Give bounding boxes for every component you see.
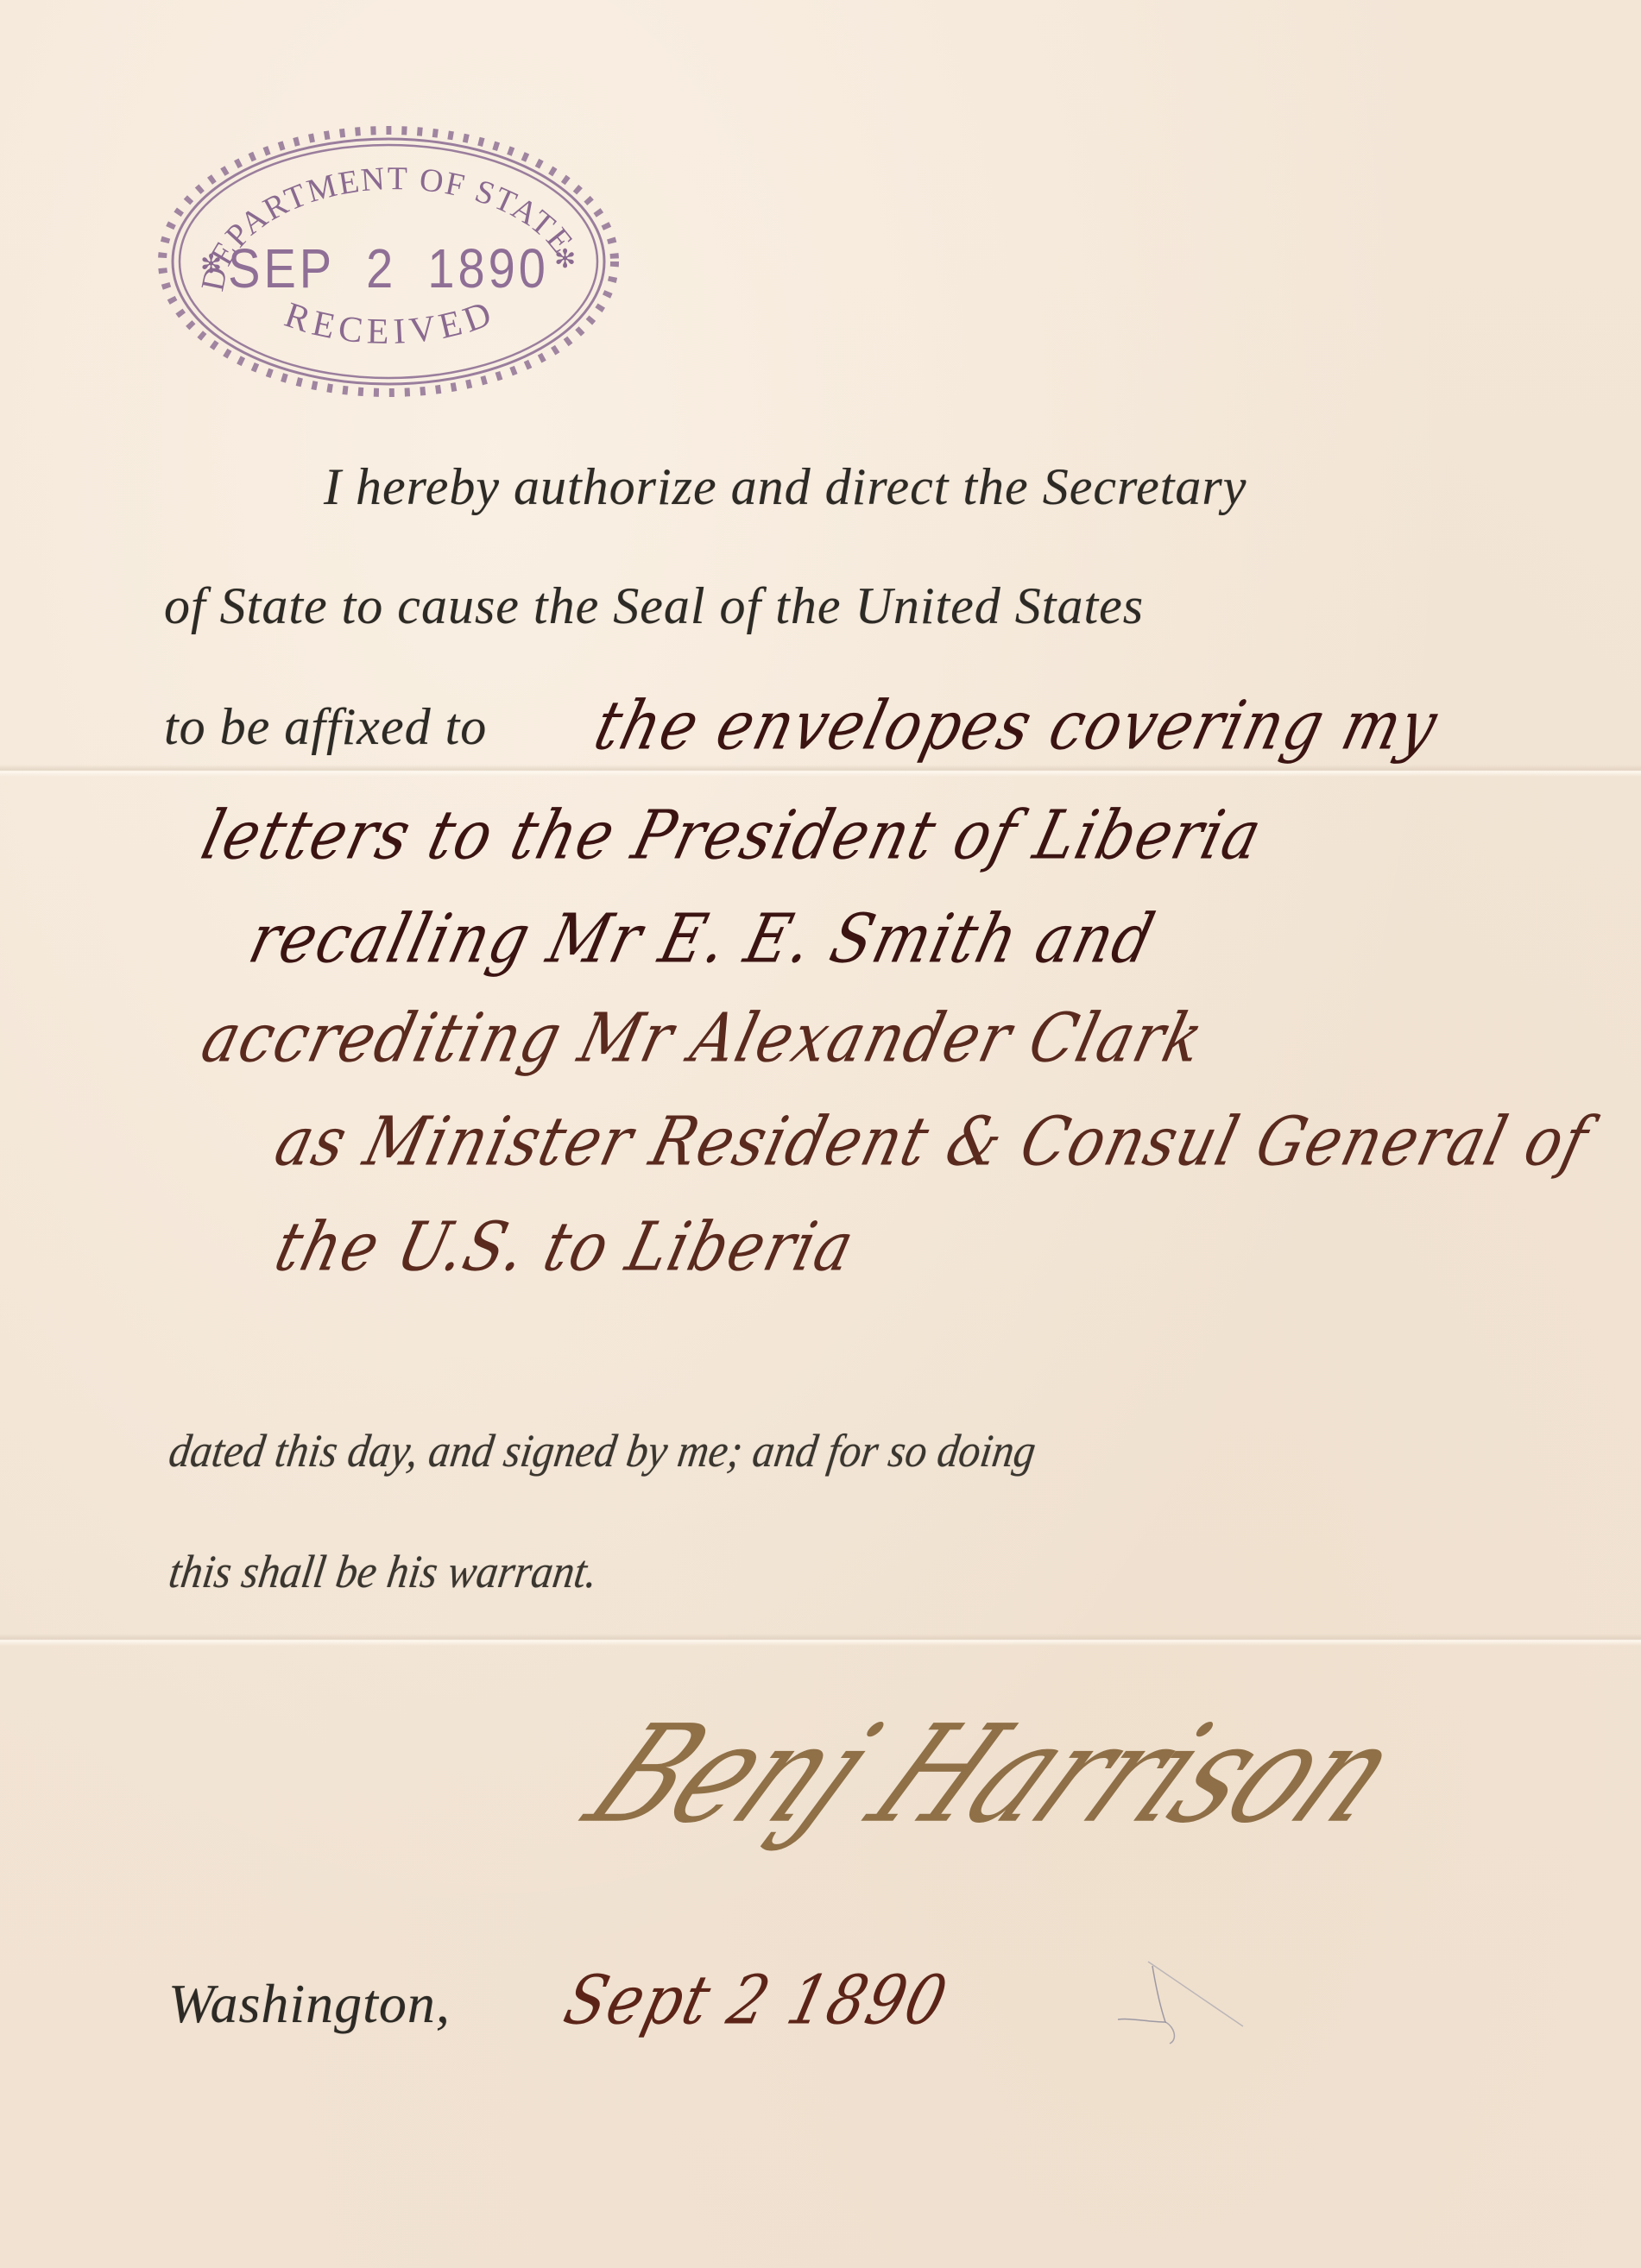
handwritten-line-4: accrediting Mr Alexander Clark (194, 999, 1212, 1078)
pencil-mark-icon (1114, 1957, 1252, 2052)
printed-line-2: of State to cause the Seal of the United… (164, 576, 1144, 636)
stamp-day: 2 (366, 236, 396, 300)
handwritten-line-3: recalling Mr E. E. Smith and (242, 900, 1163, 979)
printed-line-1: I hereby authorize and direct the Secret… (324, 457, 1247, 517)
signature-text: Benj Harrison (561, 1696, 1427, 1853)
handwritten-line-1: the envelopes covering my (587, 687, 1446, 765)
signature: Benj Harrison (527, 1670, 1338, 1929)
stamp-year: 1890 (427, 236, 549, 300)
fold-line-upper (0, 765, 1641, 777)
handwritten-line-6: the U.S. to Liberia (268, 1208, 862, 1287)
handwritten-date: Sept 2 1890 (557, 1962, 956, 2040)
printed-line-3: to be affixed to (164, 697, 487, 757)
printed-closing-line-1: dated this day, and signed by me; and fo… (166, 1424, 1039, 1477)
handwritten-line-2: letters to the President of Liberia (194, 797, 1270, 875)
handwritten-line-5: as Minister Resident & Consul General of (268, 1103, 1597, 1181)
fold-line-lower (0, 1634, 1641, 1646)
received-stamp: DEPARTMENT OF STATE RECEIVED ✻ ✻ SEP2189… (148, 119, 628, 404)
svg-text:RECEIVED: RECEIVED (280, 293, 502, 352)
stamp-month: SEP (228, 236, 335, 300)
place-label: Washington, (168, 1972, 451, 2036)
stamp-date: SEP21890 (148, 236, 628, 300)
printed-closing-line-2: this shall be his warrant. (166, 1545, 601, 1598)
